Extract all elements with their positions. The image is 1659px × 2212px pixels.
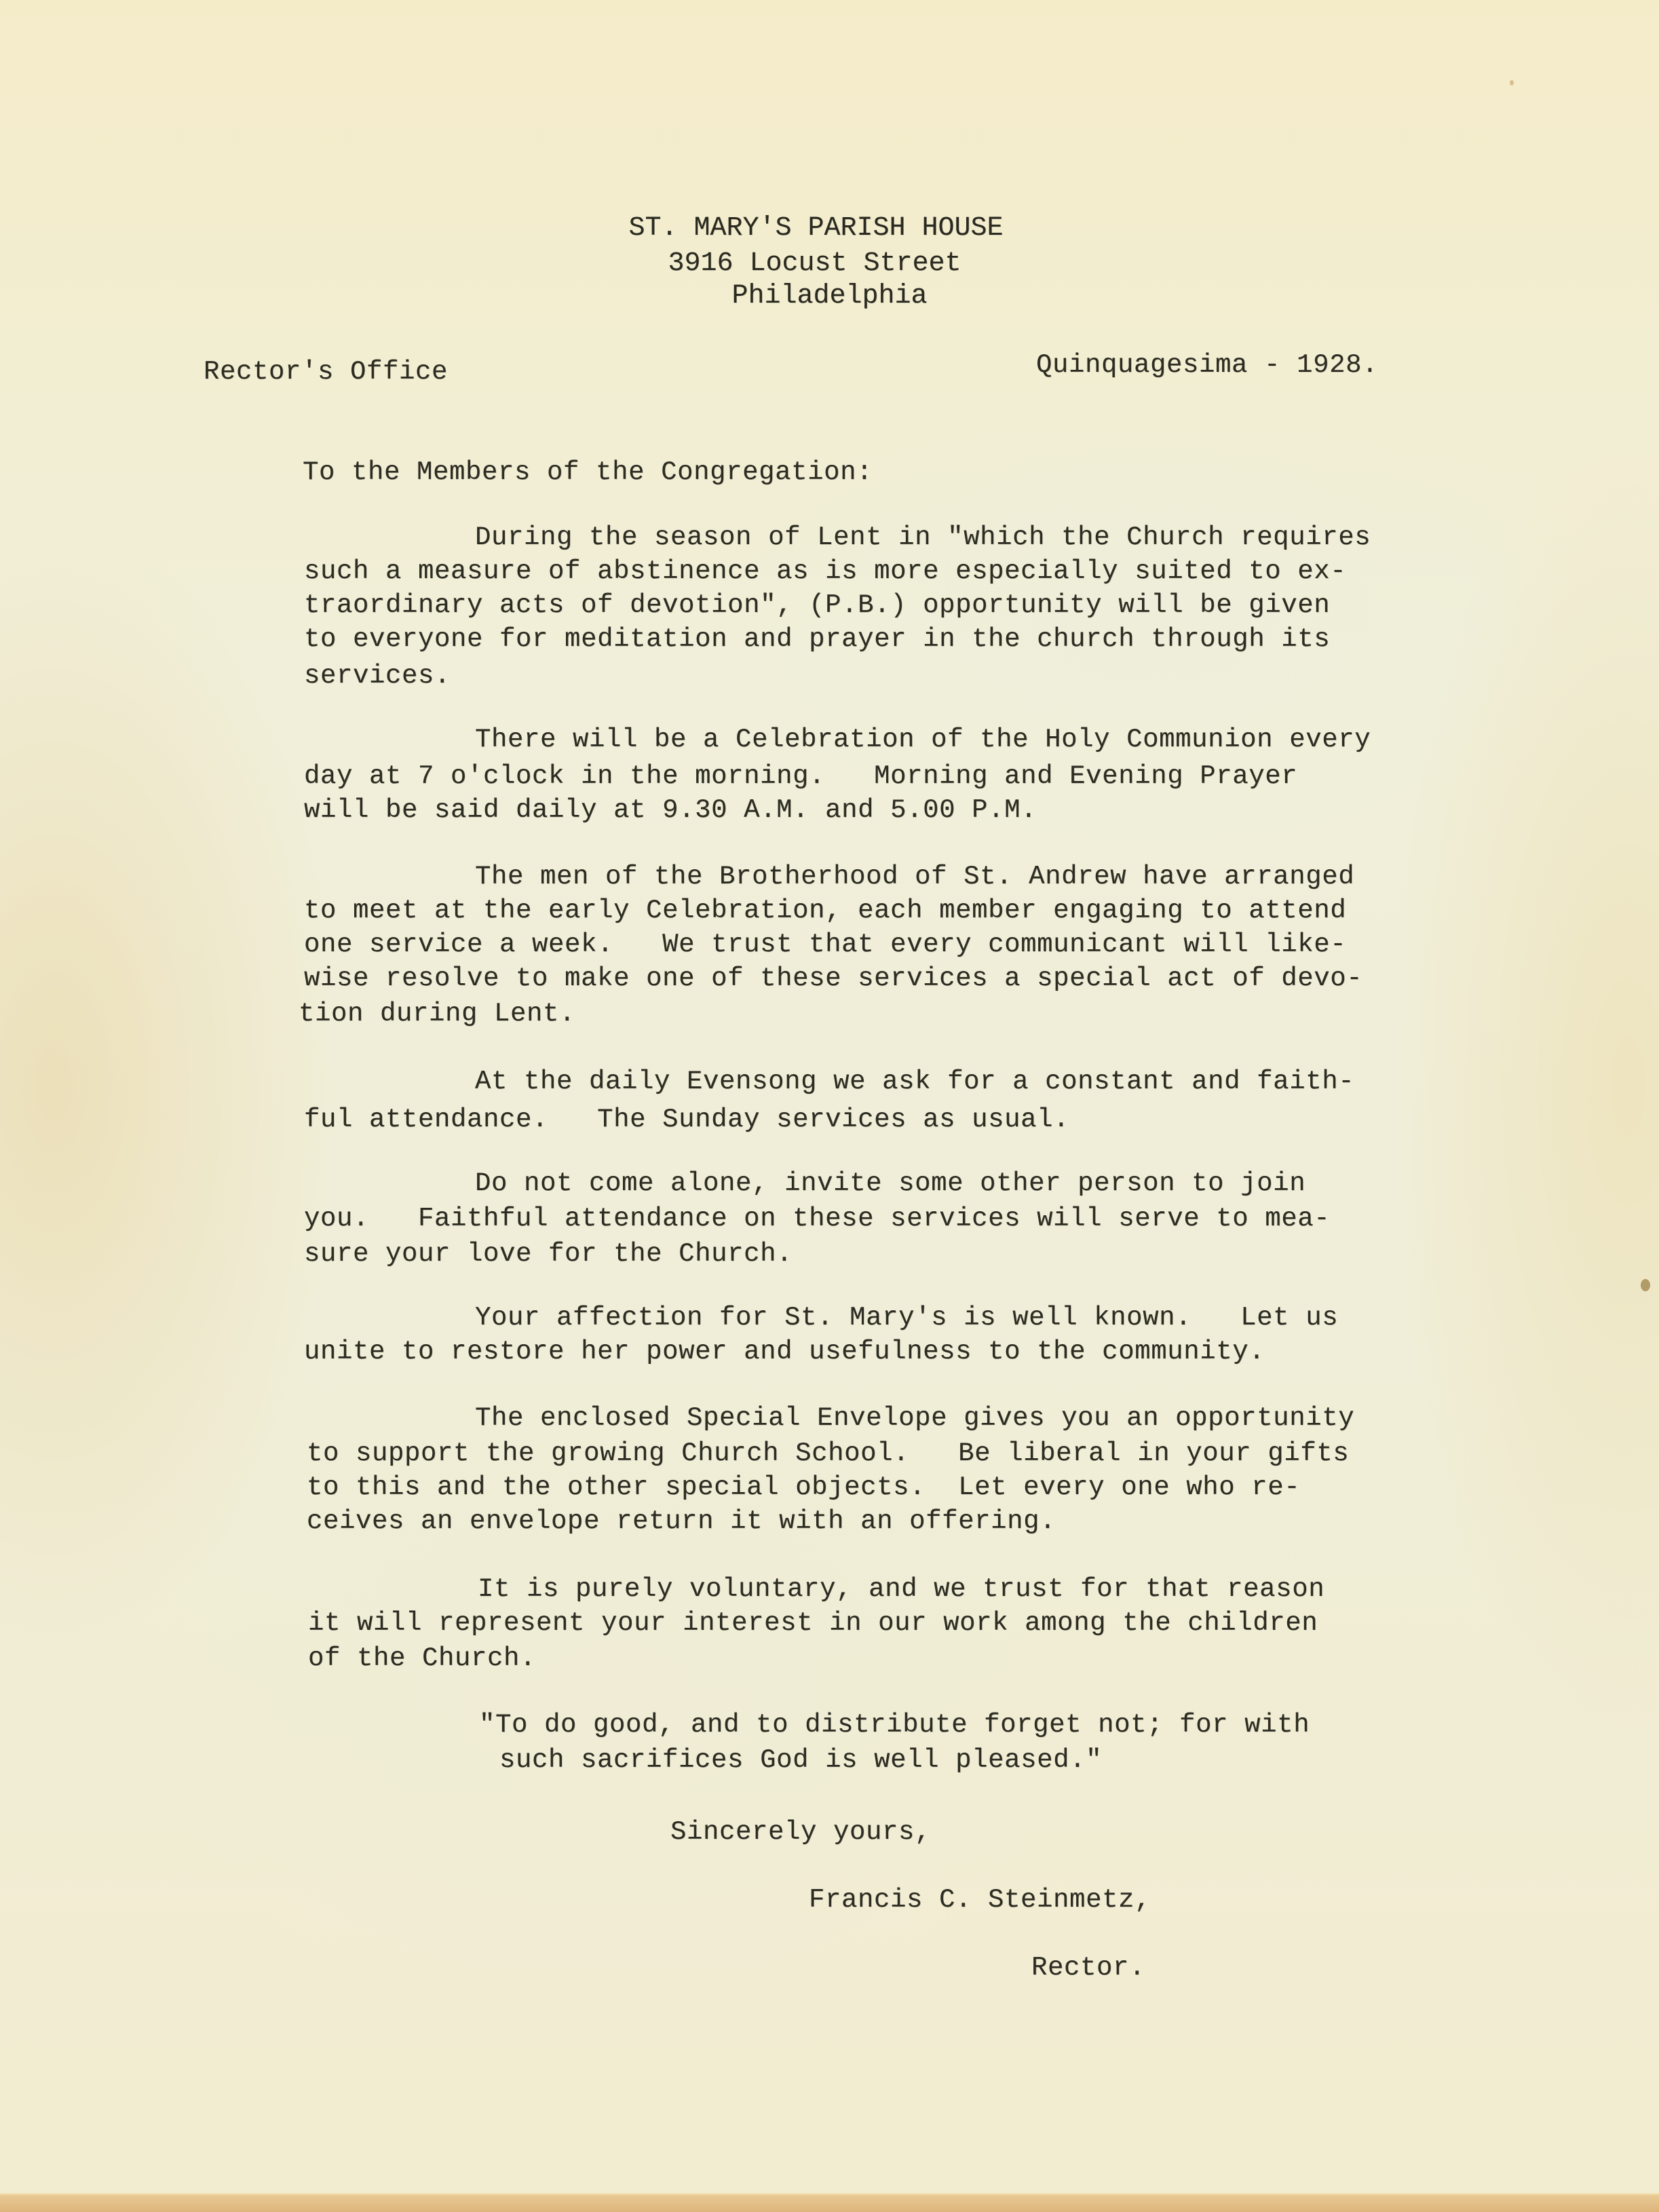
page-bottom-edge (0, 2193, 1659, 2212)
paragraph-line: It is purely voluntary, and we trust for… (478, 1573, 1324, 1605)
salutation: To the Members of the Congregation: (303, 456, 873, 489)
paragraph-line: such a measure of abstinence as is more … (304, 555, 1346, 588)
paragraph-line: traordinary acts of devotion", (P.B.) op… (304, 589, 1330, 622)
paragraph-line: to meet at the early Celebration, each m… (304, 894, 1346, 927)
paragraph-line: will be said daily at 9.30 A.M. and 5.00… (304, 794, 1037, 826)
paper-stain (1641, 1279, 1650, 1291)
paragraph-line: you. Faithful attendance on these servic… (304, 1202, 1330, 1235)
paragraph-line: At the daily Evensong we ask for a const… (475, 1065, 1354, 1098)
paragraph-line: wise resolve to make one of these servic… (304, 962, 1362, 995)
letterhead-street: 3916 Locust Street (0, 248, 1644, 280)
paragraph-line: tion during Lent. (299, 997, 575, 1030)
paragraph-line: to support the growing Church School. Be… (307, 1437, 1349, 1470)
quotation-line: such sacrifices God is well pleased." (483, 1744, 1102, 1776)
letter-date: Quinquagesima - 1928. (1036, 349, 1378, 381)
paragraph-line: ful attendance. The Sunday services as u… (304, 1103, 1069, 1136)
paragraph-line: of the Church. (308, 1642, 536, 1675)
paragraph-line: There will be a Celebration of the Holy … (475, 723, 1371, 756)
signatory-name: Francis C. Steinmetz, (809, 1884, 1151, 1916)
paragraph-line: sure your love for the Church. (304, 1238, 793, 1270)
paragraph-line: Do not come alone, invite some other per… (475, 1167, 1305, 1200)
office-label: Rector's Office (204, 356, 448, 388)
valediction: Sincerely yours, (670, 1816, 931, 1848)
paragraph-line: to everyone for meditation and prayer in… (304, 623, 1330, 655)
paragraph-line: to this and the other special objects. L… (307, 1471, 1300, 1504)
letterhead-city: Philadelphia (0, 280, 1659, 313)
paragraph-line: The enclosed Special Envelope gives you … (475, 1402, 1354, 1434)
signatory-title: Rector. (1031, 1951, 1145, 1984)
paragraph-line: Your affection for St. Mary's is well kn… (475, 1301, 1338, 1334)
paper-stain (1510, 80, 1514, 85)
letterhead-organization: ST. MARY'S PARISH HOUSE (0, 212, 1645, 245)
paragraph-line: day at 7 o'clock in the morning. Morning… (304, 760, 1297, 793)
paragraph-line: The men of the Brotherhood of St. Andrew… (475, 860, 1354, 893)
paragraph-line: it will represent your interest in our w… (308, 1607, 1318, 1639)
quotation-line: "To do good, and to distribute forget no… (479, 1709, 1310, 1741)
paragraph-line: one service a week. We trust that every … (304, 928, 1346, 961)
paragraph-line: During the season of Lent in "which the … (475, 521, 1371, 554)
paragraph-line: unite to restore her power and usefulnes… (304, 1335, 1265, 1368)
paragraph-line: ceives an envelope return it with an off… (307, 1505, 1056, 1538)
paragraph-line: services. (304, 660, 451, 692)
